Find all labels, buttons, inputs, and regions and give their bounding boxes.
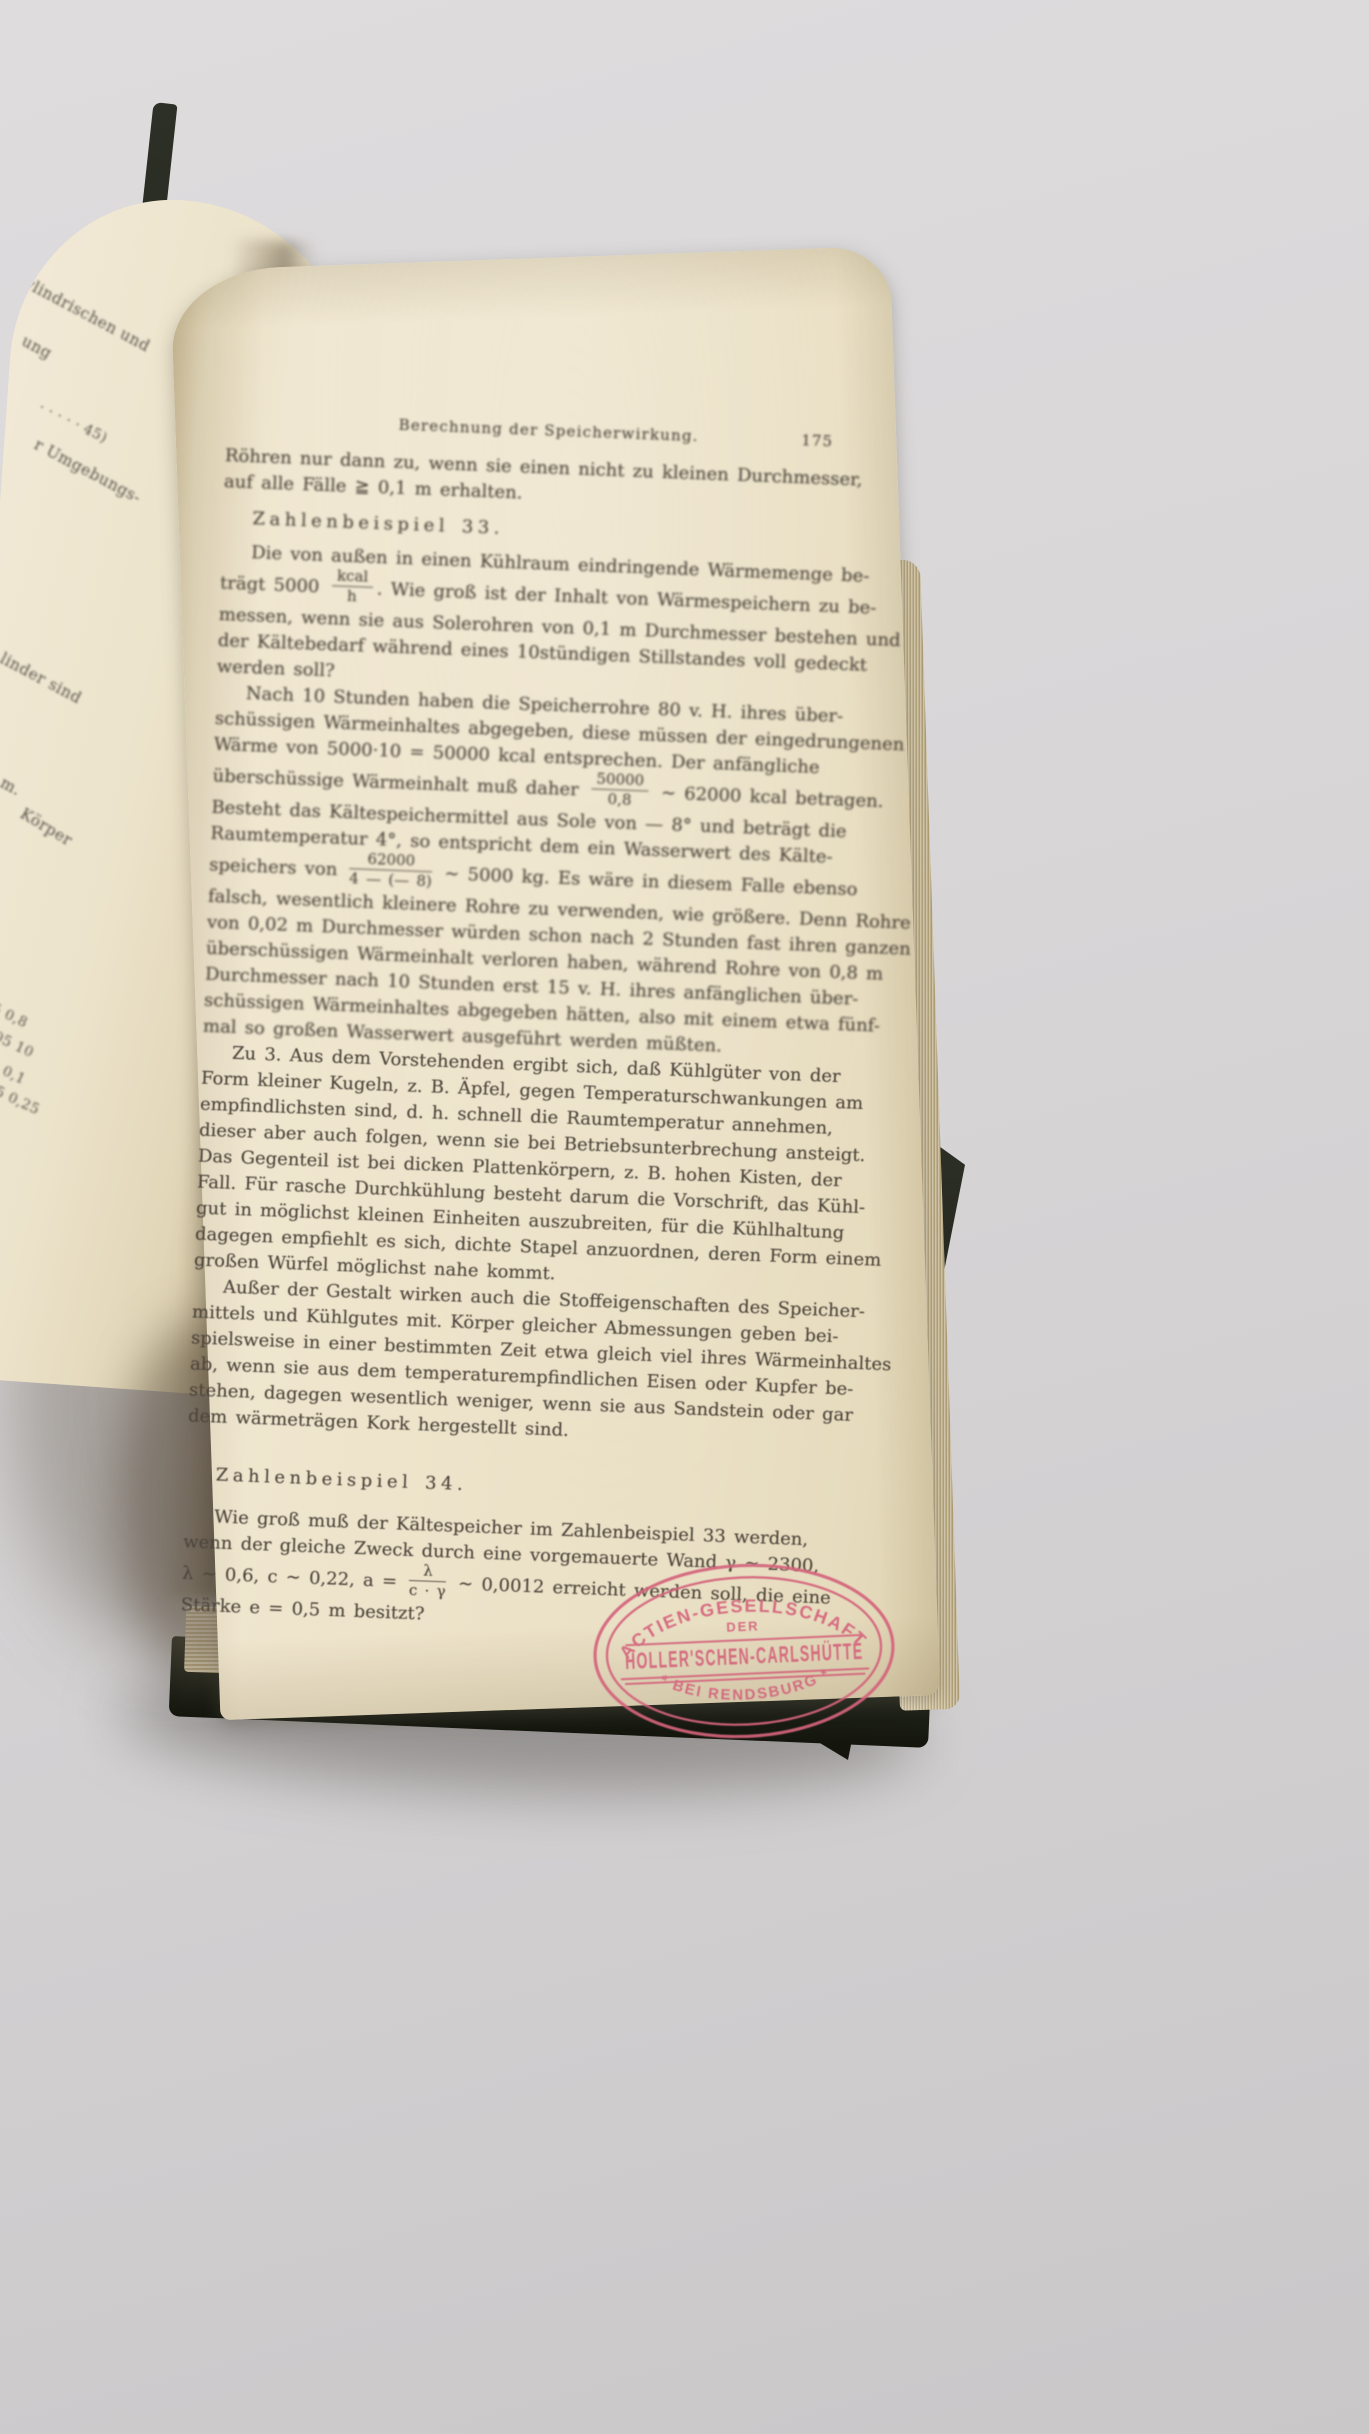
left-page-fragment: r Umgebungs- — [31, 435, 144, 507]
left-page-fragment: 5 0,8 — [0, 1001, 30, 1032]
company-stamp: ACTIEN-GESELLSCHAFT DER HOLLER'SCHEN-CAR… — [586, 1553, 902, 1748]
stamp-der-text: DER — [726, 1618, 760, 1634]
fraction: λc · γ — [409, 1562, 447, 1600]
running-title: Berechnung der Speicherwirkung. — [398, 416, 699, 446]
fraction: 500000,8 — [590, 770, 649, 809]
example-heading: Zahlenbeispiel 34. — [215, 1462, 831, 1512]
book-photograph: ylindrischen undung· · · · · 45)r Umgebu… — [0, 0, 1369, 2434]
left-page-fragment: Körper — [17, 805, 76, 851]
left-page-fragment: m. — [0, 774, 24, 800]
page-number: 175 — [801, 431, 833, 450]
fraction: 620004 — (— 8) — [349, 850, 433, 890]
text-section-top: Berechnung der Speicherwirkung. 175 Röhr… — [203, 409, 872, 1064]
right-page: Berechnung der Speicherwirkung. 175 Röhr… — [170, 246, 940, 1720]
page-text-block: Berechnung der Speicherwirkung. 175 Röhr… — [180, 409, 871, 1643]
left-page-fragment: ung — [18, 332, 54, 363]
left-page-fragment: linder sind — [0, 649, 85, 708]
text-section-bottom: Zu 3. Aus dem Vorstehenden ergibt sich, … — [180, 1040, 847, 1643]
fraction: kcalh — [331, 567, 374, 606]
